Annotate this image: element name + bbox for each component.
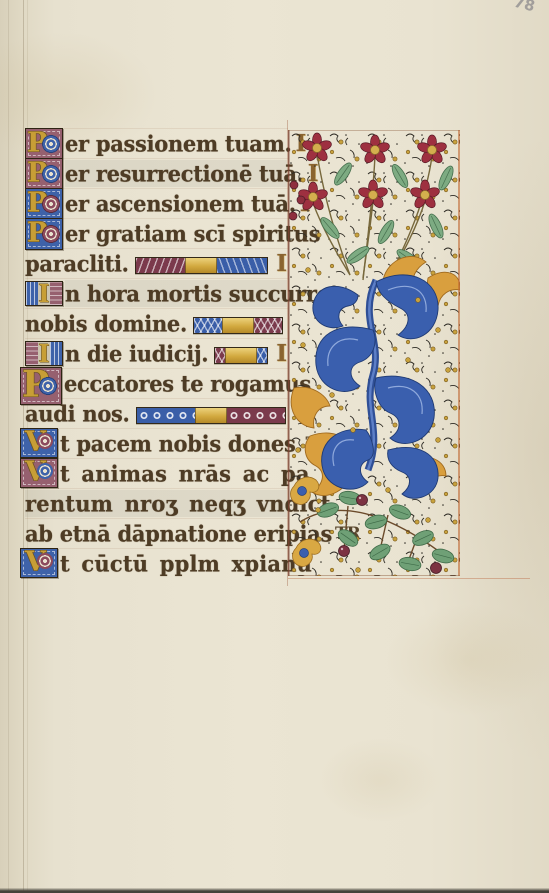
gutter-fold-line (8, 0, 9, 893)
text-line: nobis domine. (25, 310, 287, 337)
floral-border-art (288, 130, 460, 576)
text-line: t animas nrās ac pa (60, 460, 287, 487)
text-line: er resurrectionē tuā.I (65, 160, 287, 187)
line-filler-chain-blue-gold-maroon (136, 407, 286, 424)
text-line: n die iudicij. I (65, 340, 287, 367)
line-text: er passionem tuam. (65, 130, 292, 157)
ring-ornament (42, 165, 60, 183)
text-line: eccatores te rogamus (64, 370, 287, 397)
text-line: er gratiam scī spiritus (65, 220, 287, 247)
text-line: ab etnā dāpnatione eripiasTR (25, 520, 287, 547)
ring-ornament (42, 135, 60, 153)
response-cue: I (276, 340, 287, 367)
response-cue: I (276, 250, 287, 277)
initial-V: V (20, 458, 58, 488)
line-text: audi nos. (25, 400, 130, 427)
initial-P: P (26, 219, 62, 249)
pattern-square (26, 282, 38, 305)
illuminated-floral-border (288, 130, 460, 576)
initial-P: P (26, 129, 62, 159)
line-filler-blue-gold-maroon (193, 317, 283, 334)
initial-I: I (25, 281, 63, 306)
ring-ornament (37, 433, 53, 449)
text-line: t cūctū pplm xpianū (60, 550, 287, 577)
text-line: n hora mortis succurre (65, 280, 287, 307)
initial-V: V (20, 428, 58, 458)
pattern-square (50, 342, 62, 365)
line-text: nobis domine. (25, 310, 187, 337)
initial-block-four-P: P P P P (25, 128, 63, 250)
text-line: rentum nroʒ neqʒ vndict. (25, 490, 287, 517)
text-line: audi nos. (25, 400, 290, 427)
text-line: paracliti. I (25, 250, 287, 277)
text-line: t pacem nobis dones.TR (60, 430, 287, 457)
text-line: er passionem tuam.I (65, 130, 287, 157)
line-text: er ascensionem tuā. (65, 190, 296, 217)
line-text: er resurrectionē tuā. (65, 160, 304, 187)
page-bottom-edge-shadow (0, 888, 549, 893)
manuscript-page: 78 P P P P I I P V V V (0, 0, 549, 893)
bottom-ruling-extension (288, 578, 530, 579)
ring-ornament (37, 553, 53, 569)
initial-P: P (26, 159, 62, 189)
folio-number-pencil: 78 (512, 0, 537, 15)
line-text: t pacem nobis dones. (60, 430, 303, 457)
ring-ornament (42, 225, 60, 243)
initial-V: V (20, 548, 58, 578)
text-line: er ascensionem tuā.I (65, 190, 287, 217)
pattern-square (50, 282, 62, 305)
line-text: er gratiam scī spiritus (65, 220, 320, 247)
line-text: paracliti. (25, 250, 129, 277)
initial-P: P (26, 189, 62, 219)
line-filler-maroon-gold-blue (214, 347, 268, 364)
ring-ornament (38, 376, 58, 396)
line-text: ab etnā dāpnatione eripias (25, 520, 332, 547)
line-filler-maroon-gold-blue (135, 257, 269, 274)
initial-I: I (25, 341, 63, 366)
ring-ornament (37, 463, 53, 479)
line-text: t cūctū pplm xpianū (60, 550, 312, 577)
line-text: eccatores te rogamus (64, 370, 311, 397)
pattern-square (26, 342, 38, 365)
line-text: t animas nrās ac pa (60, 460, 310, 487)
line-text: n die iudicij. (65, 340, 208, 367)
ring-ornament (42, 195, 60, 213)
